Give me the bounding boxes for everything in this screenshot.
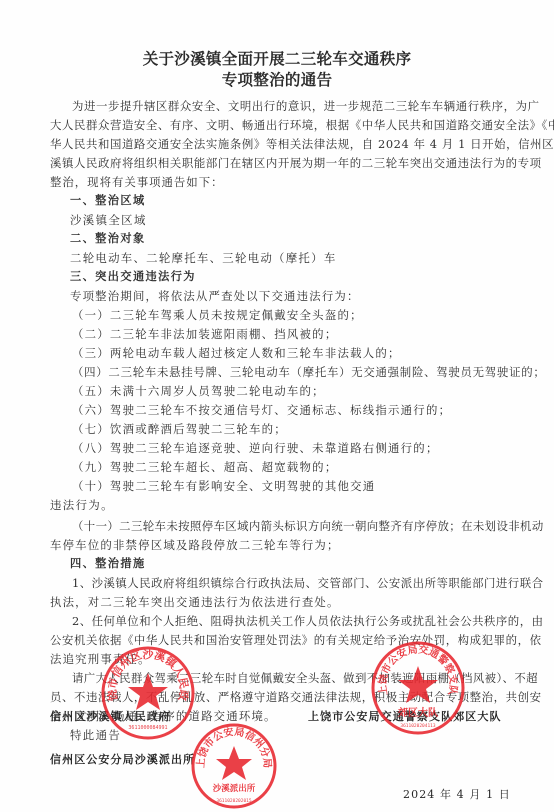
closing-text: 特此通告 — [70, 727, 121, 743]
measure-2-line-3: 法追究刑事责任。 — [50, 651, 151, 667]
violation-item: （五）未满十六周岁人员驾驶二轮电动车的； — [72, 383, 325, 399]
notice-document: 关于沙溪镇全面开展二三轮车交通秩序 专项整治的通告 为进一步提升辖区群众安全、文… — [0, 0, 554, 812]
svg-text:3611000084991: 3611000084991 — [128, 725, 167, 731]
violation-item: （七）饮酒或醉酒后驾驶二三轮车的； — [72, 421, 287, 437]
section-3-lead: 专项整治期间，将依法从严查处以下交通违法行为： — [70, 288, 360, 304]
section-1-heading: 一、整治区域 — [70, 193, 146, 209]
violation-item: （四）二三轮车未悬挂号牌、三轮电动车（摩托车）无交通强制险、驾驶员无驾驶证的； — [72, 364, 546, 380]
intro-line-3: 华人民共和国道路交通安全法实施条例》等相关法律法规，自 2024 年 4 月 1… — [50, 136, 510, 152]
svg-text:上饶市公安局信州分局: 上饶市公安局信州分局 — [194, 725, 274, 768]
appeal-line-2: 员、不违法载人，不乱停乱放、严格遵守道路交通法律法规，积极主动配合专项整治，共创… — [50, 689, 510, 705]
svg-text:3611020202015: 3611020202015 — [216, 798, 252, 804]
measure-2-line-2: 公安机关依据《中华人民共和国治安管理处罚法》的有关规定给予治安处罚，构成犯罪的，… — [50, 632, 510, 648]
appeal-line-1: 请广大人民群众驾乘二三轮车时自觉佩戴安全头盔、做到不加装遮阳雨棚（挡风被）、不超 — [72, 670, 510, 686]
signatory-traffic-brigade: 上饶市公安局交通警察支队郊区大队 — [308, 709, 502, 725]
document-title-line-2: 专项整治的通告 — [0, 70, 554, 91]
violation-item: （一）二三轮车驾乘人员未按规定佩戴安全头盔的； — [72, 307, 363, 323]
violation-item: （三）两轮电动车载人超过核定人数和三轮车非法载人的； — [72, 345, 401, 361]
violation-item: （二）二三轮车非法加装遮阳雨棚、挡风被的； — [72, 326, 337, 342]
section-4-heading: 四、整治措施 — [70, 556, 146, 572]
violation-item-continuation: 违法行为。 — [50, 497, 114, 513]
signatory-police-station: 信州区公安分局沙溪派出所 — [50, 752, 195, 768]
red-star-icon — [216, 746, 252, 780]
svg-text:沙溪派出所: 沙溪派出所 — [213, 783, 256, 794]
section-1-body: 沙溪镇全区域 — [70, 212, 147, 228]
measure-1-line-1: 1、沙溪镇人民政府将组织镇综合行政执法局、交管部门、公安派出所等职能部门进行联合 — [72, 575, 510, 591]
section-2-body: 二轮电动车、二轮摩托车、三轮电动（摩托）车 — [70, 250, 337, 266]
police-station-seal: 上饶市公安局信州分局 沙溪派出所 3611020202015 — [190, 722, 278, 810]
signatory-township-government: 信州区沙溪镇人民政府 — [50, 709, 171, 725]
intro-line-4: 溪镇人民政府将组织相关职能部门在辖区内开展为期一年的二三轮车突出交通违法行为的专… — [50, 155, 510, 171]
section-3-heading: 三、突出交通违法行为 — [70, 269, 196, 285]
violation-item: （八）驾驶二三轮车追逐竞驶、逆向行驶、未靠道路右侧通行的； — [72, 440, 439, 456]
violation-item-11-line-2: 车停车位的非禁停区域及路段停放二三轮车等行为； — [50, 537, 340, 553]
notice-date: 2024 年 4 月 1 日 — [403, 787, 511, 803]
document-title-line-1: 关于沙溪镇全面开展二三轮车交通秩序 — [0, 49, 554, 70]
section-2-heading: 二、整治对象 — [70, 231, 146, 247]
violation-item: （六）驾驶二三轮车不按交通信号灯、交通标志、标线指示通行的； — [72, 402, 451, 418]
intro-line-2: 大人民群众营造安全、有序、文明、畅通出行环境，根据《中华人民共和国道路交通安全法… — [50, 117, 510, 133]
intro-line-5: 整治，现将有关事项通告如下： — [50, 174, 223, 190]
violation-item-11-line-1: （十一）二三轮车未按照停车区域内箭头标识方向统一朝向整齐有序停放；在未划设非机动 — [72, 518, 510, 534]
measure-2-line-1: 2、任何单位和个人拒绝、阻碍执法机关工作人员依法执行公务或扰乱社会公共秩序的，由 — [72, 613, 510, 629]
intro-line-1: 为进一步提升辖区群众安全、文明出行的意识，进一步规范二三轮车车辆通行秩序，为广 — [72, 98, 510, 114]
violation-item: （九）驾驶二三轮车超长、超高、超宽载物的； — [72, 459, 337, 475]
measure-1-line-2: 执法，对二三轮车突出交通违法行为依法进行查处。 — [50, 594, 340, 610]
violation-item: （十）驾驶二三轮车有影响安全、文明驾驶的其他交通 — [72, 478, 375, 494]
